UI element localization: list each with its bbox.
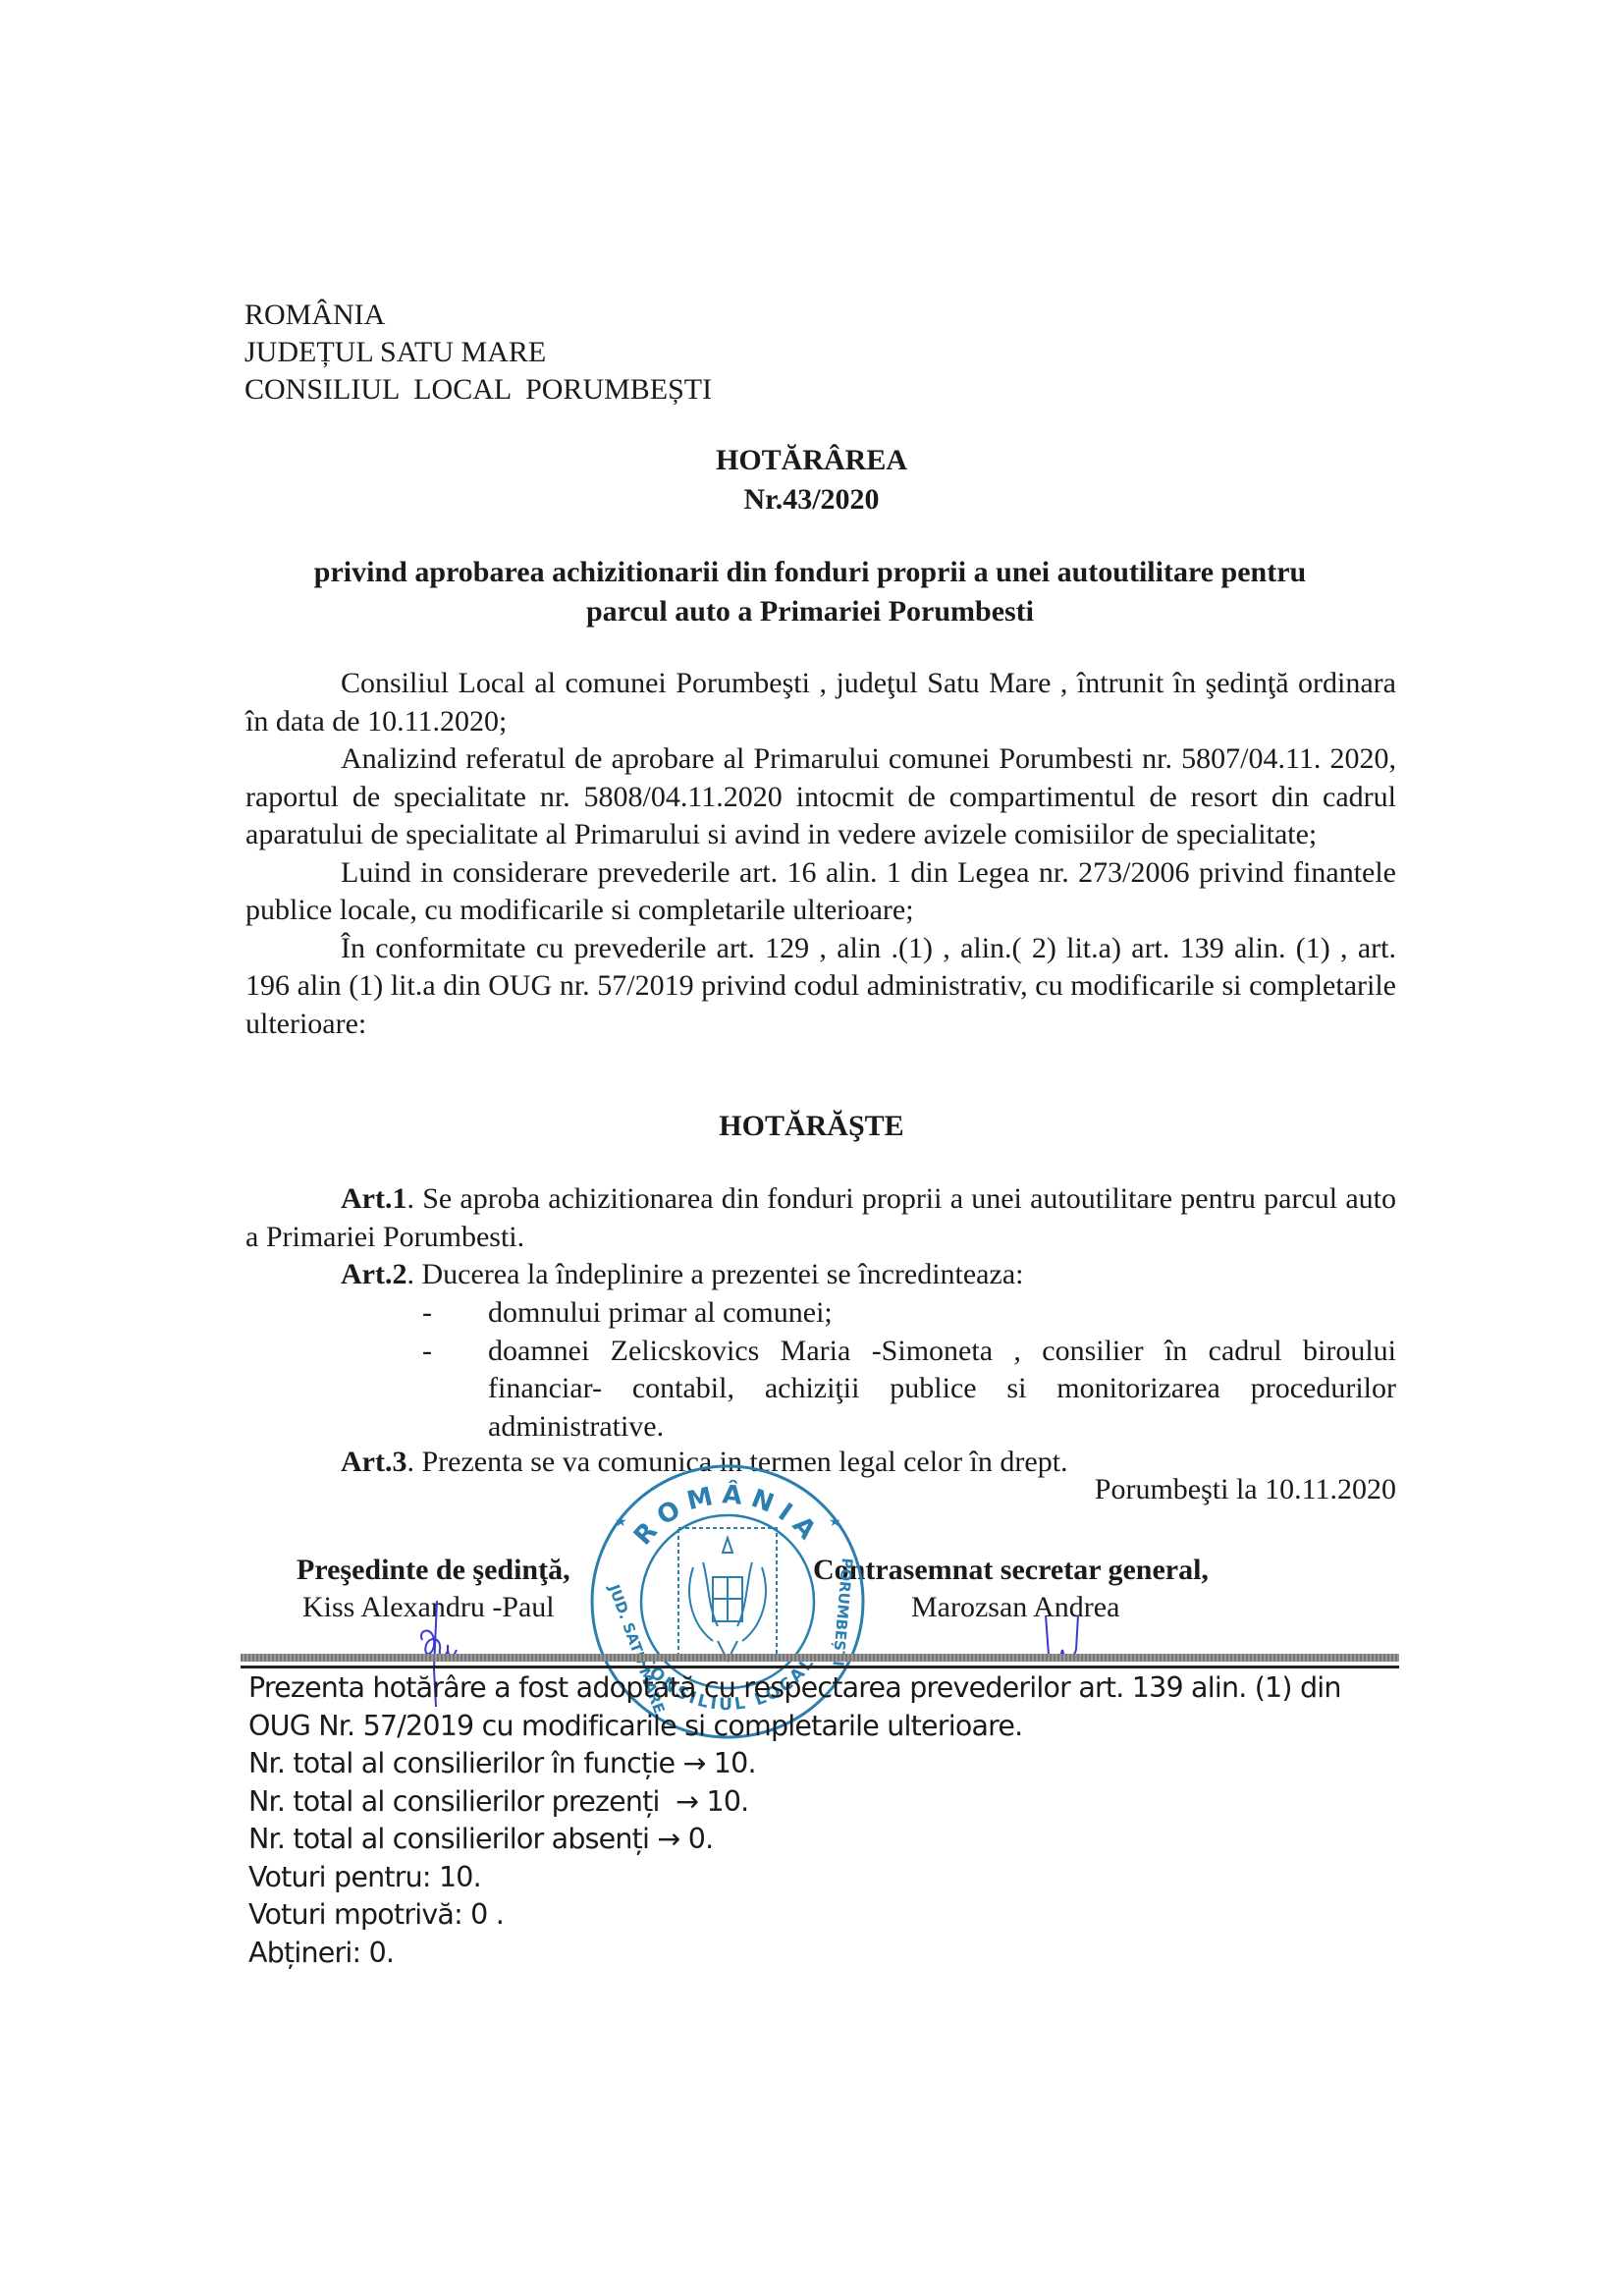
subject-line-1: privind aprobarea achizitionarii din fon… <box>245 553 1375 592</box>
institution-header: ROMÂNIA JUDEȚUL SATU MARE CONSILIUL LOCA… <box>244 297 712 409</box>
article-2-text: . Ducerea la îndeplinire a prezentei se … <box>406 1258 1023 1290</box>
subject-line-2: parcul auto a Primariei Porumbesti <box>245 592 1375 631</box>
list-item-text: domnului primar al comunei; <box>488 1296 833 1329</box>
footer-line: OUG Nr. 57/2019 cu modificarile si compl… <box>248 1708 1407 1746</box>
divider-thin <box>241 1666 1399 1668</box>
header-country: ROMÂNIA <box>244 297 712 334</box>
divider-thick <box>241 1654 1399 1662</box>
decision-heading: HOTĂRĂŞTE <box>0 1110 1623 1143</box>
preamble: Consiliul Local al comunei Porumbeşti , … <box>245 665 1396 1043</box>
document-page: ROMÂNIA JUDEȚUL SATU MARE CONSILIUL LOCA… <box>0 0 1623 2296</box>
councillors-in-office: Nr. total al consilierilor în funcție → … <box>248 1745 1407 1783</box>
secretary-role: Contrasemnat secretar general, <box>813 1552 1209 1589</box>
place-date: Porumbeşti la 10.11.2020 <box>1095 1473 1396 1506</box>
document-subject: privind aprobarea achizitionarii din fon… <box>245 553 1375 631</box>
document-number: Nr.43/2020 <box>0 483 1623 517</box>
voting-footer: Prezenta hotărâre a fost adoptată cu res… <box>248 1669 1407 1972</box>
dash-bullet: - <box>422 1294 432 1333</box>
list-item-text: doamnei Zelicskovics Maria -Simoneta , c… <box>488 1335 1396 1443</box>
list-item: -domnului primar al comunei; <box>422 1294 1396 1333</box>
secretary-name: Marozsan Andrea <box>813 1589 1209 1626</box>
article-3-label: Art.3 <box>341 1446 406 1478</box>
preamble-paragraph: Luind in considerare prevederile art. 16… <box>245 854 1396 930</box>
secretary-signature-block: Contrasemnat secretar general, Marozsan … <box>813 1552 1209 1626</box>
star-icon: ★ <box>615 1515 627 1530</box>
votes-against: Voturi mpotrivă: 0 . <box>248 1896 1407 1935</box>
votes-for: Voturi pentru: 10. <box>248 1859 1407 1897</box>
document-title: HOTĂRÂREA <box>0 444 1623 477</box>
article-2: Art.2. Ducerea la îndeplinire a prezente… <box>245 1256 1396 1294</box>
preamble-paragraph: În conformitate cu prevederile art. 129 … <box>245 930 1396 1044</box>
abstentions: Abțineri: 0. <box>248 1935 1407 1973</box>
footer-line: Prezenta hotărâre a fost adoptată cu res… <box>248 1669 1407 1708</box>
dash-bullet: - <box>422 1333 432 1371</box>
article-1: Art.1. Se aproba achizitionarea din fond… <box>245 1180 1396 1256</box>
preamble-paragraph: Analizind referatul de aprobare al Prima… <box>245 740 1396 854</box>
header-county: JUDEȚUL SATU MARE <box>244 334 712 371</box>
councillors-absent: Nr. total al consilierilor absenți → 0. <box>248 1821 1407 1859</box>
president-role: Preşedinte de şedinţă, <box>297 1552 570 1589</box>
articles: Art.1. Se aproba achizitionarea din fond… <box>245 1180 1396 1294</box>
article-1-label: Art.1 <box>341 1182 406 1215</box>
stamp-right-text: PORUMBEȘTI <box>829 1558 856 1667</box>
star-icon: ★ <box>829 1515 841 1530</box>
article-2-label: Art.2 <box>341 1258 406 1290</box>
list-item: -doamnei Zelicskovics Maria -Simoneta , … <box>422 1333 1396 1447</box>
article-2-list: -domnului primar al comunei; -doamnei Ze… <box>422 1294 1396 1446</box>
article-1-text: . Se aproba achizitionarea din fonduri p… <box>245 1182 1396 1253</box>
header-council: CONSILIUL LOCAL PORUMBEȘTI <box>244 371 712 409</box>
councillors-present: Nr. total al consilierilor prezenți → 10… <box>248 1783 1407 1822</box>
coat-of-arms-icon <box>678 1528 777 1661</box>
preamble-paragraph: Consiliul Local al comunei Porumbeşti , … <box>245 665 1396 740</box>
